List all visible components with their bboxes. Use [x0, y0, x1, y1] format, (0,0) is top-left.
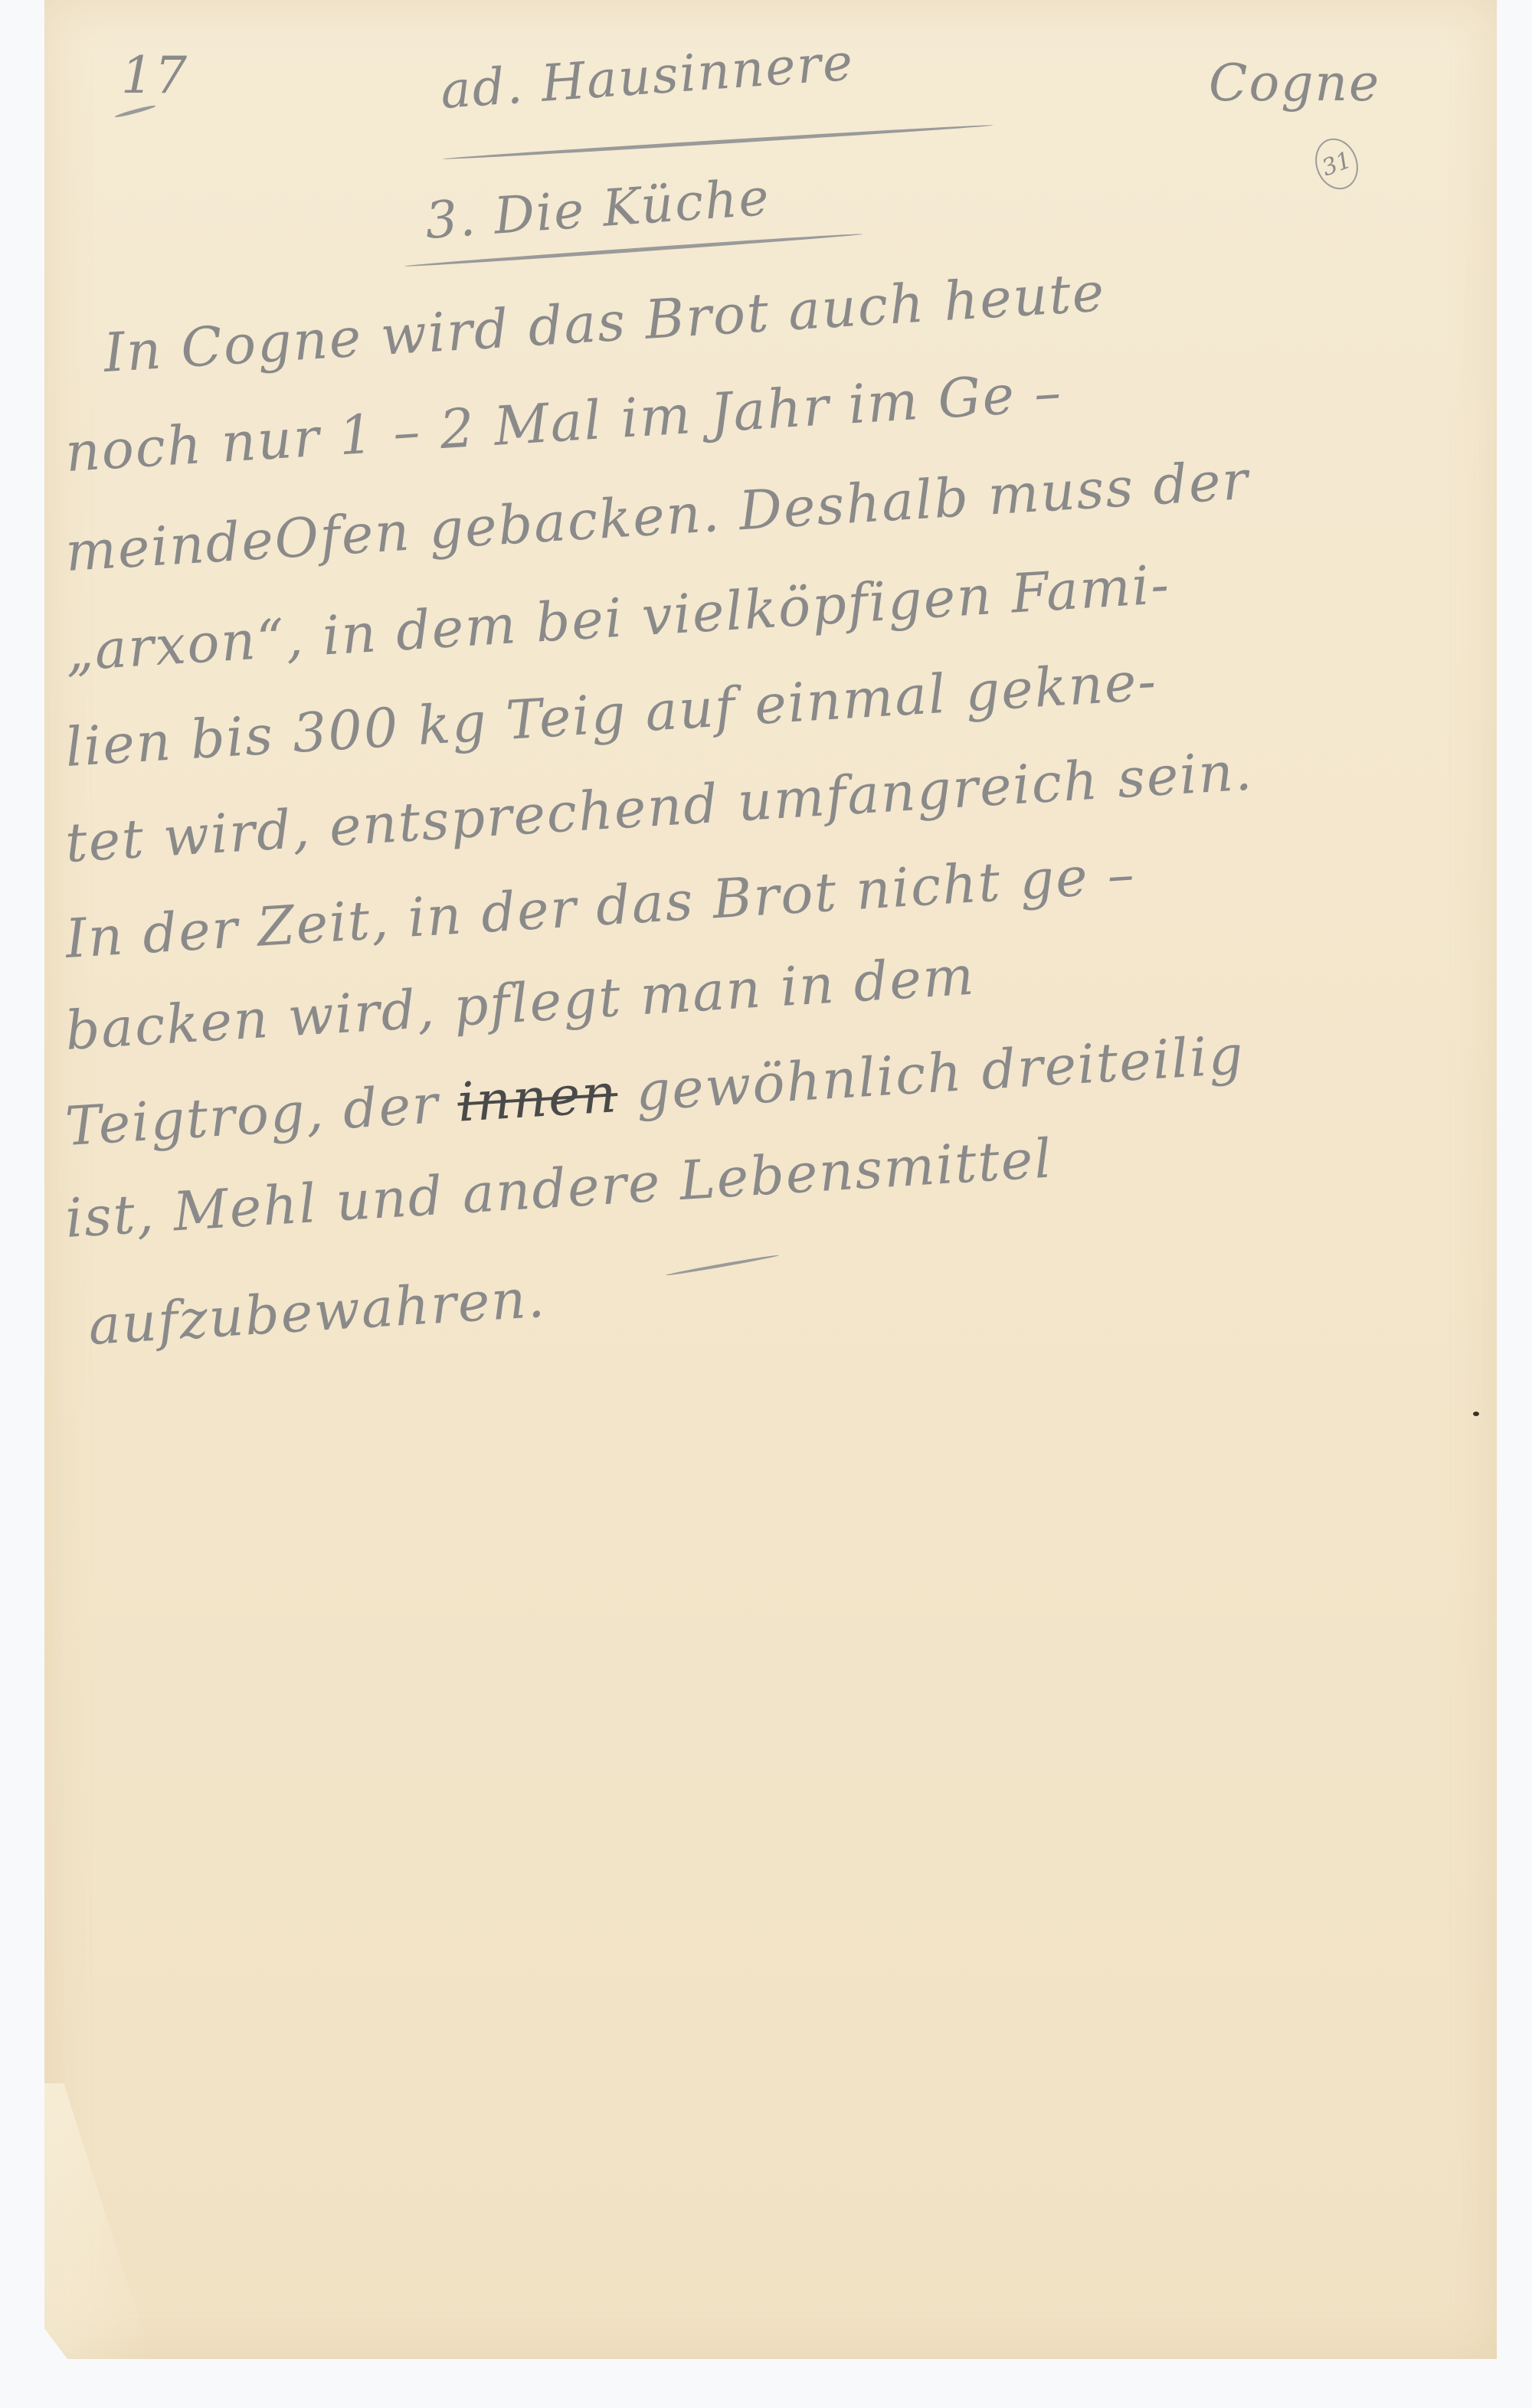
- section-title-underline: [443, 123, 994, 161]
- text-line-11: aufzubewahren.: [87, 1267, 548, 1357]
- manuscript-page: 17 ad. Hausinnere Cogne 31 3. Die Küche …: [44, 0, 1497, 2359]
- subtitle: 3. Die Küche: [424, 168, 772, 250]
- text-line-9-start: Teigtrog, der: [64, 1072, 441, 1158]
- section-title: ad. Hausinnere: [439, 32, 856, 120]
- text-line-1: In Cogne wird das Brot auch heute: [102, 260, 1107, 384]
- folded-corner: [44, 2083, 152, 2359]
- text-line-9-end: gewöhnlich dreiteilig: [634, 1023, 1246, 1123]
- archive-number-stamp: 31: [1308, 133, 1365, 195]
- paper-speck: [1473, 1412, 1479, 1416]
- text-line-2: noch nur 1 – 2 Mal im Jahr im Ge –: [64, 361, 1064, 484]
- page-number-underline: [114, 104, 155, 119]
- struck-word: innen: [456, 1062, 620, 1134]
- archive-number: 31: [1318, 146, 1355, 182]
- page-number: 17: [121, 46, 188, 105]
- closing-stroke: [666, 1254, 779, 1277]
- place-name: Cogne: [1209, 54, 1380, 113]
